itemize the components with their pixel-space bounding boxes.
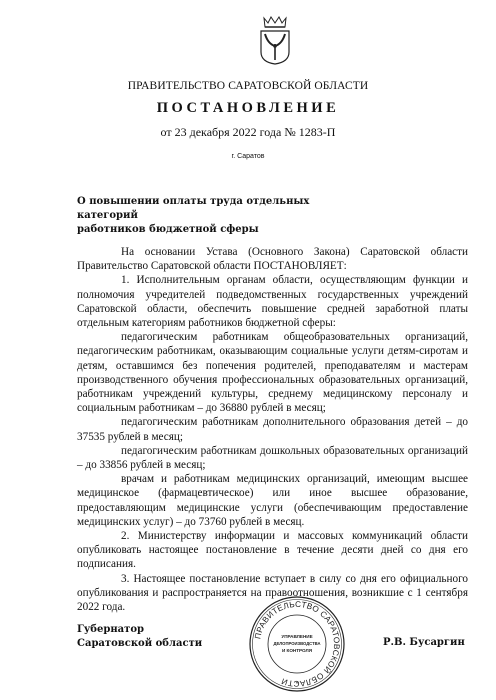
item-2: 2. Министерству информации и массовых ко…: [77, 529, 468, 572]
position-line: Саратовской области: [77, 637, 202, 651]
item-1-a: педагогическим работникам общеобразовате…: [77, 330, 468, 415]
item-1-intro: 1. Исполнительным органам области, осуще…: [77, 273, 468, 330]
document-type: ПОСТАНОВЛЕНИЕ: [0, 100, 496, 117]
subject-line: работников бюджетной сферы: [77, 223, 337, 237]
stamp-center-line: ДЕЛОПРОИЗВОДСТВА: [273, 641, 320, 646]
document-date-number: от 23 декабря 2022 года № 1283-П: [0, 125, 496, 140]
stamp-star: *: [296, 681, 299, 688]
subject-line: О повышении оплаты труда отдельных катег…: [77, 195, 337, 223]
item-1-c: педагогическим работникам дошкольных обр…: [77, 444, 468, 472]
government-name: ПРАВИТЕЛЬСТВО САРАТОВСКОЙ ОБЛАСТИ: [0, 80, 496, 92]
coat-of-arms-icon: [258, 14, 292, 66]
item-1-b: педагогическим работникам дополнительног…: [77, 415, 468, 443]
preamble-paragraph: На основании Устава (Основного Закона) С…: [77, 245, 468, 273]
stamp-center-line: И КОНТРОЛЯ: [282, 648, 312, 653]
document-city: г. Саратов: [0, 153, 496, 160]
item-1-d: врачам и работникам медицинских организа…: [77, 472, 468, 529]
position-line: Губернатор: [77, 623, 202, 637]
stamp-center-line: УПРАВЛЕНИЕ: [281, 634, 312, 639]
signatory-name: Р.В. Бусаргин: [383, 637, 465, 648]
signatory-position: Губернатор Саратовской области: [77, 623, 202, 651]
official-stamp-icon: ПРАВИТЕЛЬСТВО САРАТОВСКОЙ ОБЛАСТИ УПРАВЛ…: [247, 594, 347, 694]
document-subject: О повышении оплаты труда отдельных катег…: [77, 195, 337, 237]
document-body: На основании Устава (Основного Закона) С…: [77, 245, 468, 614]
